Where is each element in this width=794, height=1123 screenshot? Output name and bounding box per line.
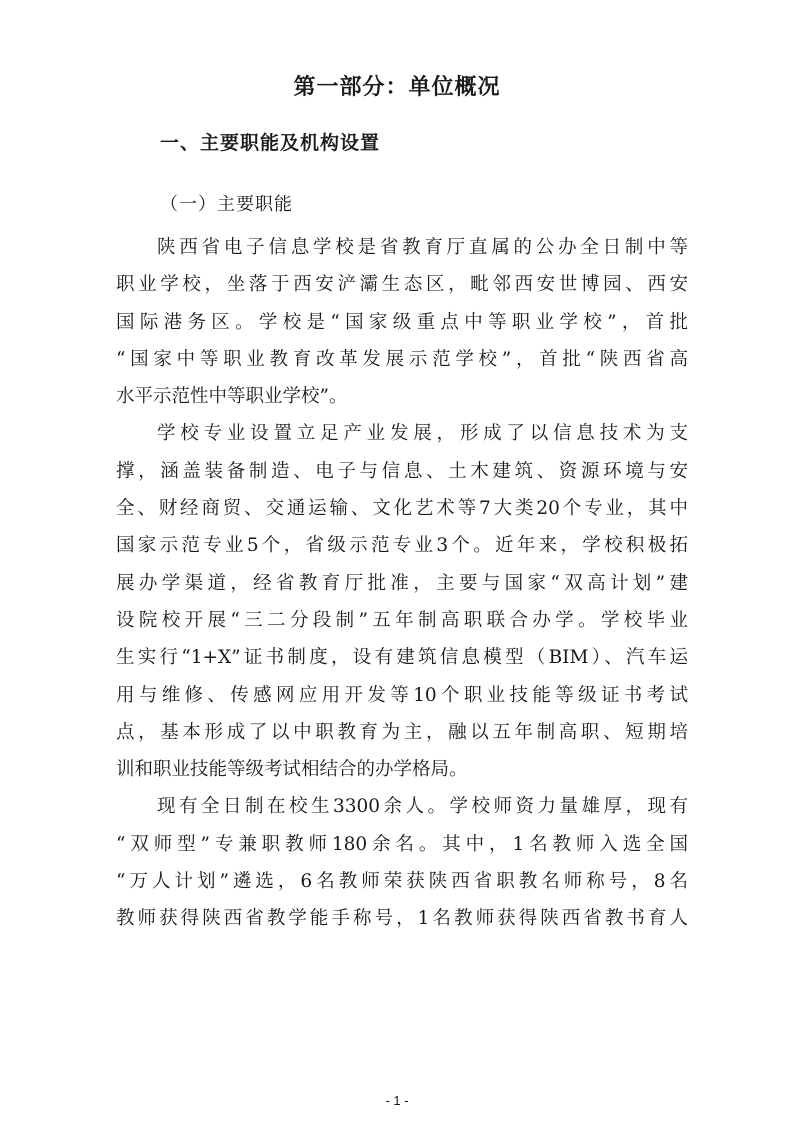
body-text: 陕西省电子信息学校是省教育厅直属的公办全日制中等 职业学校，坐落于西安浐灞生态区… <box>116 229 688 938</box>
text-line: 教师获得陕西省教学能手称号，1名教师获得陕西省教书育人 <box>116 900 688 937</box>
text-line: 陕西省电子信息学校是省教育厅直属的公办全日制中等 <box>116 229 688 266</box>
text-line: 现有全日制在校生3300余人。学校师资力量雄厚，现有 <box>116 788 688 825</box>
text-line: “双师型”专兼职教师180余名。其中，1名教师入选全国 <box>116 826 688 863</box>
text-line: “万人计划”遴选，6名教师荣获陕西省职教名师称号，8名 <box>116 863 688 900</box>
text-line: 设院校开展“三二分段制”五年制高职联合办学。学校毕业 <box>116 602 688 639</box>
text-line: 国家示范专业5个，省级示范专业3个。近年来，学校积极拓 <box>116 527 688 564</box>
page-number: - 1 - <box>0 1093 794 1108</box>
text-line: “国家中等职业教育改革发展示范学校”，首批“陕西省高 <box>116 341 688 378</box>
text-line: 职业学校，坐落于西安浐灞生态区，毗邻西安世博园、西安 <box>116 266 688 303</box>
paragraph: 学校专业设置立足产业发展，形成了以信息技术为支 撑，涵盖装备制造、电子与信息、土… <box>116 415 688 788</box>
text-line: 学校专业设置立足产业发展，形成了以信息技术为支 <box>116 415 688 452</box>
document-page: 第一部分：单位概况 一、主要职能及机构设置 （一）主要职能 陕西省电子信息学校是… <box>0 0 794 1123</box>
subsection-heading: （一）主要职能 <box>160 190 293 216</box>
text-line: 展办学渠道，经省教育厅批准，主要与国家“双高计划”建 <box>116 565 688 602</box>
text-line: 点，基本形成了以中职教育为主，融以五年制高职、短期培 <box>116 714 688 751</box>
part-title: 第一部分：单位概况 <box>0 70 794 101</box>
text-line: 国际港务区。学校是“国家级重点中等职业学校”，首批 <box>116 304 688 341</box>
text-line: 生实行“1+X”证书制度，设有建筑信息模型（BIM）、汽车运 <box>116 639 688 676</box>
text-line: 全、财经商贸、交通运输、文化艺术等7大类20个专业，其中 <box>116 490 688 527</box>
paragraph: 现有全日制在校生3300余人。学校师资力量雄厚，现有 “双师型”专兼职教师180… <box>116 788 688 937</box>
section-heading: 一、主要职能及机构设置 <box>160 128 380 155</box>
text-line: 用与维修、传感网应用开发等10个职业技能等级证书考试 <box>116 677 688 714</box>
text-line: 训和职业技能等级考试相结合的办学格局。 <box>116 751 688 788</box>
text-line: 撑，涵盖装备制造、电子与信息、土木建筑、资源环境与安 <box>116 453 688 490</box>
text-line: 水平示范性中等职业学校”。 <box>116 378 688 415</box>
paragraph: 陕西省电子信息学校是省教育厅直属的公办全日制中等 职业学校，坐落于西安浐灞生态区… <box>116 229 688 415</box>
